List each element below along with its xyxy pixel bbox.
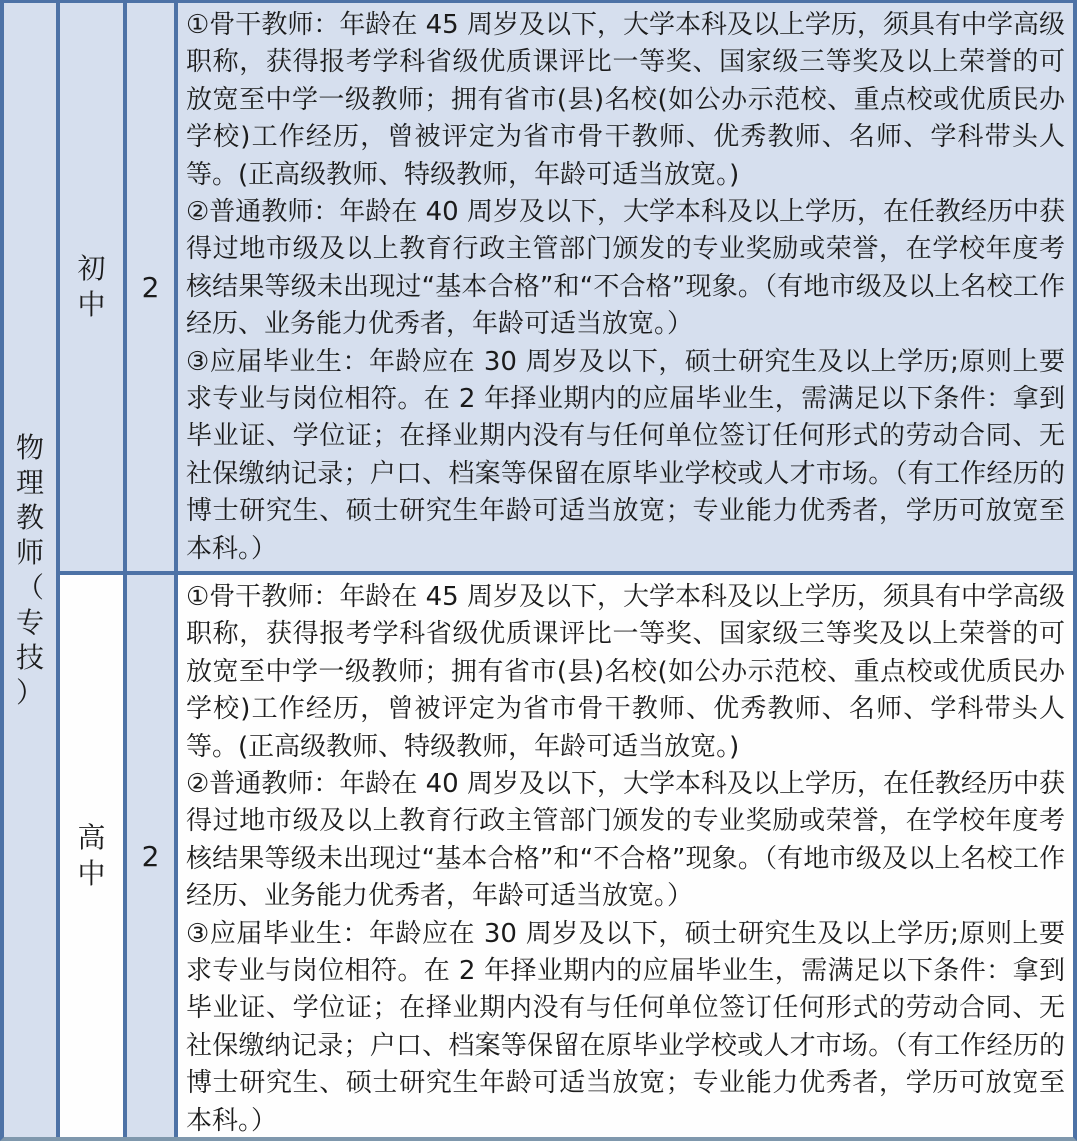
category-cell-physics-teacher: 物理教师（专技）	[4, 3, 56, 1137]
vertical-char: 物	[16, 430, 44, 465]
level-cell-junior-high: 初中	[60, 3, 123, 571]
requirement-paragraph: ③应届毕业生：年龄应在 30 周岁及以下，硕士研究生及以上学历;原则上要求专业与…	[186, 344, 1065, 568]
vertical-char: 专	[16, 605, 44, 640]
requirements-cell-senior-high: ①骨干教师：年龄在 45 周岁及以下，大学本科及以上学历，须具有中学高级职称，获…	[178, 575, 1073, 1137]
vertical-char: 中	[77, 856, 105, 892]
vertical-char: （	[16, 570, 44, 605]
vertical-char: 高	[77, 820, 105, 856]
vertical-char: 教	[16, 500, 44, 535]
vertical-char: 师	[16, 535, 44, 570]
requirements-cell-junior-high: ①骨干教师：年龄在 45 周岁及以下，大学本科及以上学历，须具有中学高级职称，获…	[178, 3, 1073, 571]
requirement-paragraph: ①骨干教师：年龄在 45 周岁及以下，大学本科及以上学历，须具有中学高级职称，获…	[186, 7, 1065, 194]
vertical-char: ）	[16, 675, 44, 710]
count-value: 2	[142, 840, 160, 873]
requirement-paragraph: ③应届毕业生：年龄应在 30 周岁及以下，硕士研究生及以上学历;原则上要求专业与…	[186, 916, 1065, 1137]
count-value: 2	[142, 271, 160, 304]
requirement-paragraph: ①骨干教师：年龄在 45 周岁及以下，大学本科及以上学历，须具有中学高级职称，获…	[186, 579, 1065, 766]
requirement-paragraph: ②普通教师：年龄在 40 周岁及以下，大学本科及以上学历，在任教经历中获得过地市…	[186, 766, 1065, 916]
requirement-paragraph: ②普通教师：年龄在 40 周岁及以下，大学本科及以上学历，在任教经历中获得过地市…	[186, 194, 1065, 344]
vertical-char: 理	[16, 465, 44, 500]
count-cell-junior-high: 2	[127, 3, 174, 571]
vertical-char: 初	[77, 251, 105, 287]
level-cell-senior-high: 高中	[60, 575, 123, 1137]
vertical-char: 技	[16, 640, 44, 675]
count-cell-senior-high: 2	[127, 575, 174, 1137]
vertical-char: 中	[77, 287, 105, 323]
recruitment-table: 物理教师（专技） 初中 2 ①骨干教师：年龄在 45 周岁及以下，大学本科及以上…	[0, 0, 1077, 1141]
